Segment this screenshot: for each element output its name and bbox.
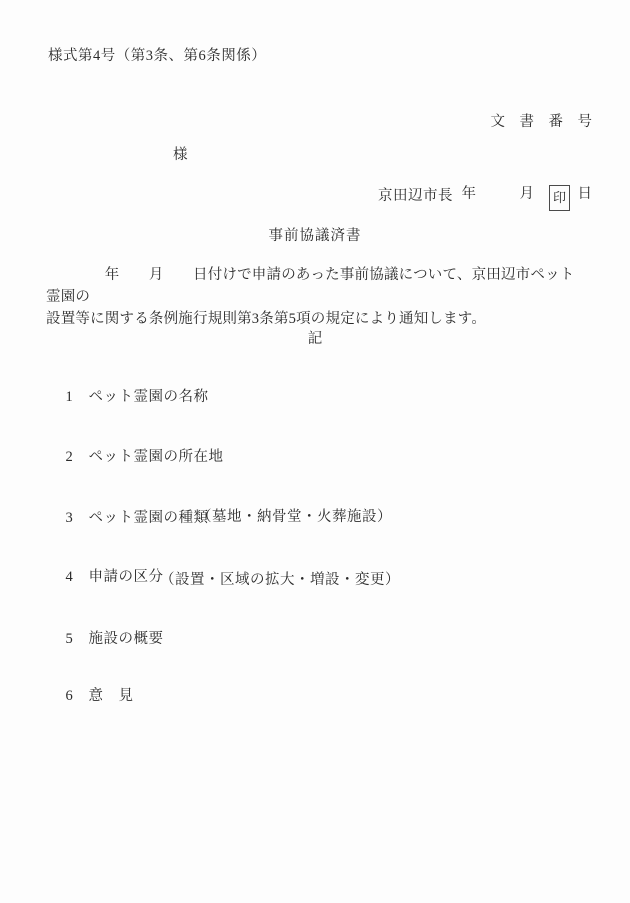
item-number: 4	[66, 567, 89, 587]
addressee-honorific: 様	[173, 145, 188, 165]
item-label: ペット霊園の所在地	[89, 449, 224, 465]
item-3-options-note: （墓地・納骨堂・火葬施設）	[197, 507, 392, 527]
item-label: 意 見	[89, 688, 134, 704]
date-line: 年 月 日	[462, 182, 593, 206]
item-4-options-note: （設置・区域の拡大・増設・変更）	[160, 570, 400, 590]
list-item-3: 3ペット霊園の種類	[49, 488, 209, 548]
item-label: ペット霊園の種類	[89, 510, 209, 526]
item-number: 2	[66, 447, 89, 467]
item-number: 5	[66, 629, 89, 649]
list-item-6: 6意 見	[49, 666, 134, 726]
document-title: 事前協議済書	[0, 226, 630, 246]
item-number: 1	[66, 387, 89, 407]
list-item-5: 5施設の概要	[49, 609, 164, 669]
document-number-label: 文 書 番 号	[462, 110, 593, 134]
seal-box: 印	[549, 185, 570, 211]
item-label: 施設の概要	[89, 631, 164, 647]
form-number: 様式第4号（第3条、第6条関係）	[48, 46, 266, 66]
item-label: ペット霊園の名称	[89, 389, 209, 405]
body-paragraph: 年 月 日付けで申請のあった事前協議について、京田辺市ペット霊園の 設置等に関す…	[46, 264, 586, 330]
list-item-2: 2ペット霊園の所在地	[49, 427, 224, 487]
list-item-4: 4申請の区分	[49, 547, 164, 607]
seal-placeholder-icon: 印	[553, 188, 566, 208]
document-page: 様式第4号（第3条、第6条関係） 文 書 番 号 年 月 日 様 京田辺市長 印…	[0, 0, 630, 903]
record-marker: 記	[0, 329, 630, 349]
sender-title: 京田辺市長	[378, 186, 453, 206]
item-number: 6	[66, 686, 89, 706]
item-label: 申請の区分	[89, 569, 164, 585]
item-number: 3	[66, 508, 89, 528]
list-item-1: 1ペット霊園の名称	[49, 367, 209, 427]
